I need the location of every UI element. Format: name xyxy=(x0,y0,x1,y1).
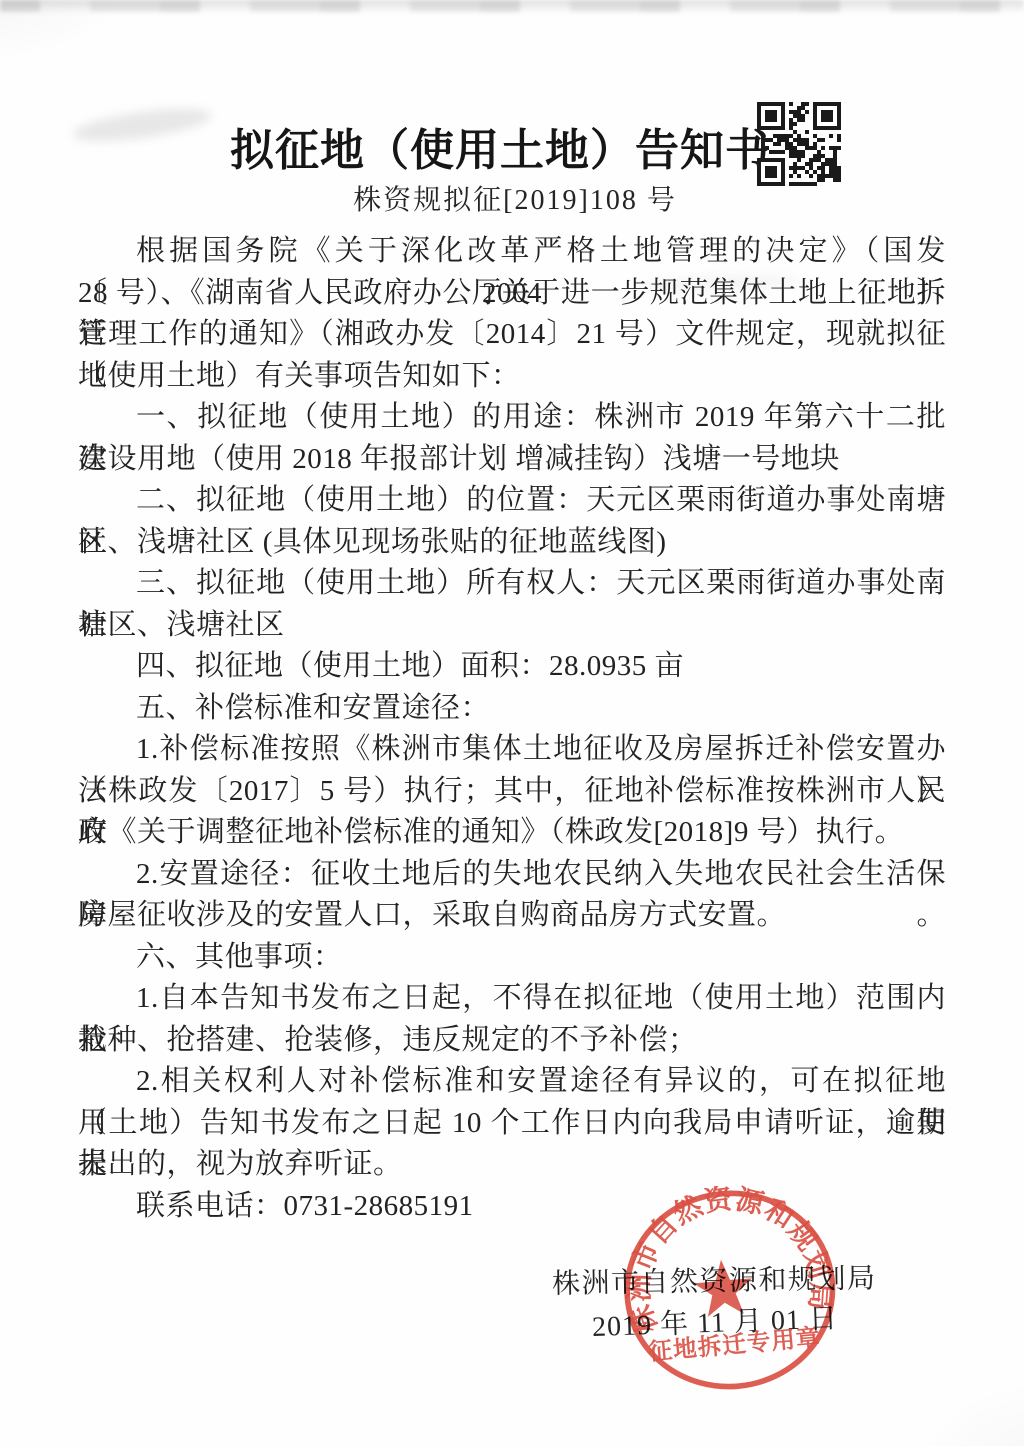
body-line: 栽种、抢搭建、抢装修，违反规定的不予补偿； xyxy=(78,1020,946,1062)
body-line: 五、补偿标准和安置途径： xyxy=(78,688,946,730)
body-line: 2.安置途径：征收土地后的失地农民纳入失地农民社会生活保障。 xyxy=(78,854,946,896)
body-line: 府《关于调整征地补偿标准的通知》（株政发[2018]9 号）执行。 xyxy=(78,812,946,854)
body-line: 1.补偿标准按照《株洲市集体土地征收及房屋拆迁补偿安置办法》 xyxy=(78,729,946,771)
body-line: 区、浅塘社区 (具体见现场张贴的征地蓝线图) xyxy=(78,522,946,564)
body-line: （使用土地）有关事项告知如下： xyxy=(78,356,946,398)
body-line: 2.相关权利人对补偿标准和安置途径有异议的，可在拟征地（使 xyxy=(78,1061,946,1103)
body-line: 用土地）告知书发布之日起 10 个工作日内向我局申请听证，逾期未 xyxy=(78,1103,946,1145)
body-line: 管理工作的通知》（湘政办发〔2014〕21 号）文件规定，现就拟征地 xyxy=(78,314,946,356)
scanned-document-page: 拟征地（使用土地）告知书 株资规拟征[2019]108 号 根据国务院《关于深化… xyxy=(0,0,1024,1446)
document-number: 株资规拟征[2019]108 号 xyxy=(0,178,1024,218)
qr-code-icon xyxy=(756,102,842,186)
scan-artifact-top-edge xyxy=(0,0,1024,12)
body-line: 28 号）、《湖南省人民政府办公厅关于进一步规范集体土地上征地拆迁 xyxy=(78,273,946,315)
body-line: （株政发〔2017〕5 号）执行；其中，征地补偿标准按株洲市人民政 xyxy=(78,771,946,813)
svg-text:株洲市自然资源和规划局: 株洲市自然资源和规划局 xyxy=(614,1175,840,1338)
body-line: 四、拟征地（使用土地）面积：28.0935 亩 xyxy=(78,646,946,688)
body-line: 社区、浅塘社区 xyxy=(78,605,946,647)
official-seal: 株洲市自然资源和规划局 征地拆迁专用章 xyxy=(608,1175,852,1410)
document-body: 根据国务院《关于深化改革严格土地管理的决定》（国发〔2004〕28 号）、《湖南… xyxy=(78,231,946,1227)
seal-banner-text: 征地拆迁专用章 xyxy=(647,1323,821,1366)
body-line: 二、拟征地（使用土地）的位置：天元区栗雨街道办事处南塘社 xyxy=(78,480,946,522)
body-line: 根据国务院《关于深化改革严格土地管理的决定》（国发〔2004〕 xyxy=(78,231,946,273)
body-line: 三、拟征地（使用土地）所有权人：天元区栗雨街道办事处南塘 xyxy=(78,563,946,605)
body-line: 建设用地（使用 2018 年报部计划 增减挂钩）浅塘一号地块 xyxy=(78,439,946,481)
body-line: 1.自本告知书发布之日起，不得在拟征地（使用土地）范围内抢 xyxy=(78,978,946,1020)
document-title: 拟征地（使用土地）告知书 xyxy=(0,114,1000,178)
seal-star-icon xyxy=(692,1257,755,1318)
seal-ring-text: 株洲市自然资源和规划局 xyxy=(614,1175,840,1338)
body-line: 六、其他事项： xyxy=(78,937,946,979)
body-line: 一、拟征地（使用土地）的用途：株洲市 2019 年第六十二批次 xyxy=(78,397,946,439)
